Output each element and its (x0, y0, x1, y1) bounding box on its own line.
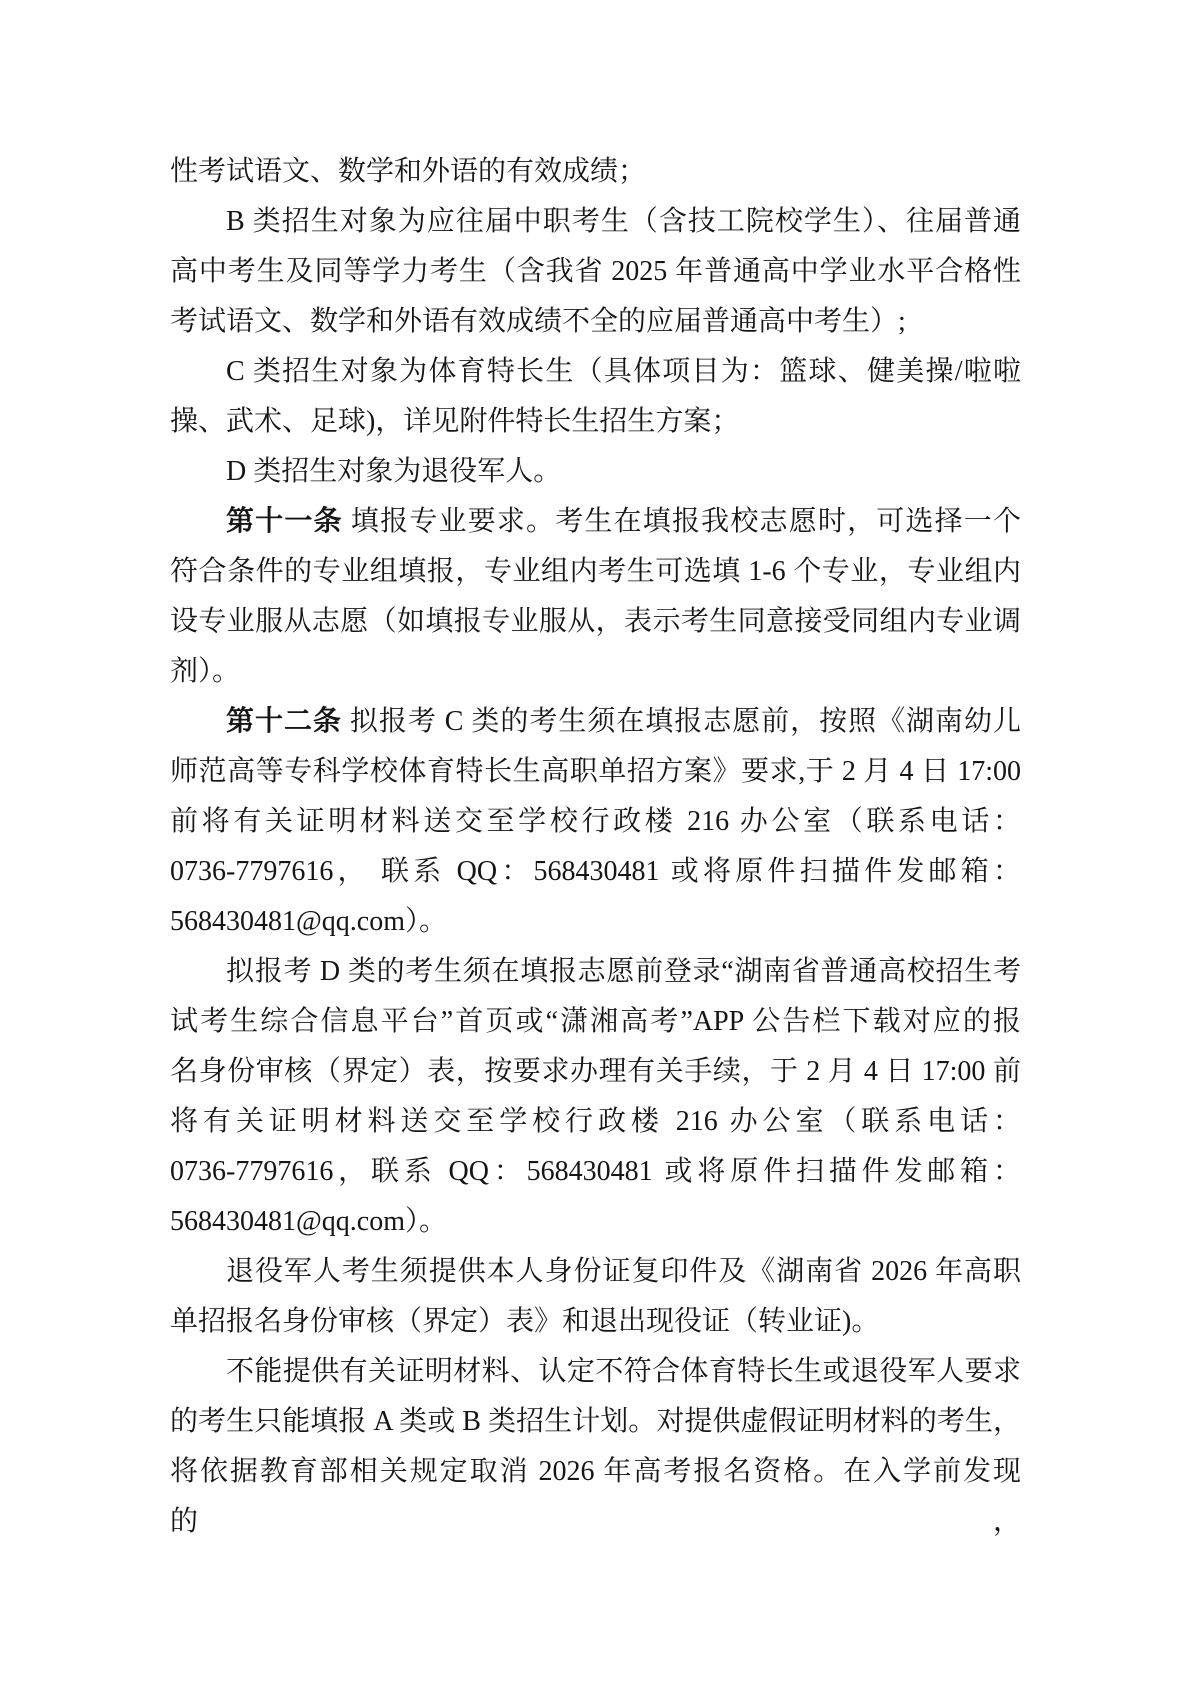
document-line-text: 设专业服从志愿（如填报专业服从，表示考生同意接受同组内专业调 (170, 606, 1021, 637)
document-line-text: B 类招生对象为应往届中职考生（含技工院校学生）、往届普通 (226, 206, 1021, 237)
document-line: 的考生只能填报 A 类或 B 类招生计划。对提供虚假证明材料的考生， (170, 1397, 1021, 1447)
document-line-text: 试考生综合信息平台”首页或“潇湘高考”APP 公告栏下载对应的报 (170, 1006, 1021, 1037)
document-page: 性考试语文、数学和外语的有效成绩；B 类招生对象为应往届中职考生（含技工院校学生… (0, 0, 1191, 1684)
document-line-text: 剂）。 (170, 656, 240, 687)
document-line: 第十二条 拟报考 C 类的考生须在填报志愿前，按照《湖南幼儿 (170, 697, 1021, 747)
document-line-text: 操、武术、足球)，详见附件特长生招生方案； (170, 406, 739, 437)
document-line: 名身份审核（界定）表，按要求办理有关手续，于 2 月 4 日 17:00 前 (170, 1047, 1021, 1097)
document-line: 将有关证明材料送交至学校行政楼 216 办公室（联系电话： (170, 1097, 1021, 1147)
document-line: 师范高等专科学校体育特长生高职单招方案》要求,于 2 月 4 日 17:00 (170, 747, 1021, 797)
document-line: B 类招生对象为应往届中职考生（含技工院校学生）、往届普通 (170, 197, 1021, 247)
document-line: 退役军人考生须提供本人身份证复印件及《湖南省 2026 年高职 (170, 1247, 1021, 1297)
document-line-text: 填报专业要求。考生在填报我校志愿时，可选择一个 (343, 506, 1021, 537)
document-line-text: 不能提供有关证明材料、认定不符合体育特长生或退役军人要求 (226, 1356, 1021, 1387)
document-line: 0736-7797616，联系 QQ：568430481 或将原件扫描件发邮箱： (170, 1147, 1021, 1197)
document-line: 不能提供有关证明材料、认定不符合体育特长生或退役军人要求 (170, 1347, 1021, 1397)
document-line: 第十一条 填报专业要求。考生在填报我校志愿时，可选择一个 (170, 497, 1021, 547)
document-line: 将依据教育部相关规定取消 2026 年高考报名资格。在入学前发现的， (170, 1447, 1021, 1497)
document-line-text: 考试语文、数学和外语有效成绩不全的应届普通高中考生）; (170, 306, 906, 337)
document-line-text: D 类招生对象为退役军人。 (226, 456, 561, 487)
document-line-text: 师范高等专科学校体育特长生高职单招方案》要求,于 2 月 4 日 17:00 (170, 756, 1021, 787)
document-line-text: 568430481@qq.com）。 (170, 906, 447, 937)
document-line: 试考生综合信息平台”首页或“潇湘高考”APP 公告栏下载对应的报 (170, 997, 1021, 1047)
article-number-bold: 第十一条 (226, 506, 343, 537)
document-line: 拟报考 D 类的考生须在填报志愿前登录“湖南省普通高校招生考 (170, 947, 1021, 997)
document-line-text: 拟报考 D 类的考生须在填报志愿前登录“湖南省普通高校招生考 (226, 956, 1021, 987)
document-line-text: 前将有关证明材料送交至学校行政楼 216 办公室（联系电话： (170, 806, 1021, 837)
document-line-text: C 类招生对象为体育特长生（具体项目为：篮球、健美操/啦啦 (226, 356, 1021, 387)
document-line: 性考试语文、数学和外语的有效成绩； (170, 147, 1021, 197)
document-line: 设专业服从志愿（如填报专业服从，表示考生同意接受同组内专业调 (170, 597, 1021, 647)
article-number-bold: 第十二条 (226, 706, 342, 737)
document-line-text: 高中考生及同等学力考生（含我省 2025 年普通高中学业水平合格性 (170, 256, 1021, 287)
document-line-text: 拟报考 C 类的考生须在填报志愿前，按照《湖南幼儿 (342, 706, 1021, 737)
document-line: 568430481@qq.com）。 (170, 1197, 1021, 1247)
document-line: 0736-7797616， 联系 QQ：568430481 或将原件扫描件发邮箱… (170, 847, 1021, 897)
document-line-text: 0736-7797616，联系 QQ：568430481 或将原件扫描件发邮箱： (170, 1156, 1021, 1187)
document-line: 剂）。 (170, 647, 1021, 697)
document-body-text: 性考试语文、数学和外语的有效成绩；B 类招生对象为应往届中职考生（含技工院校学生… (170, 147, 1021, 1497)
document-line: 单招报名身份审核（界定）表》和退出现役证（转业证)。 (170, 1297, 1021, 1347)
document-line: C 类招生对象为体育特长生（具体项目为：篮球、健美操/啦啦 (170, 347, 1021, 397)
document-line: 前将有关证明材料送交至学校行政楼 216 办公室（联系电话： (170, 797, 1021, 847)
document-line-text: 的考生只能填报 A 类或 B 类招生计划。对提供虚假证明材料的考生， (170, 1406, 1021, 1437)
document-line: D 类招生对象为退役军人。 (170, 447, 1021, 497)
document-line: 操、武术、足球)，详见附件特长生招生方案； (170, 397, 1021, 447)
document-line-text: 符合条件的专业组填报，专业组内考生可选填 1-6 个专业，专业组内 (170, 556, 1021, 587)
document-line-text: 性考试语文、数学和外语的有效成绩； (170, 156, 646, 187)
document-line-text: 名身份审核（界定）表，按要求办理有关手续，于 2 月 4 日 17:00 前 (170, 1056, 1021, 1087)
document-line-text: 将依据教育部相关规定取消 2026 年高考报名资格。在入学前发现的， (170, 1456, 1021, 1537)
document-line-text: 0736-7797616， 联系 QQ：568430481 或将原件扫描件发邮箱… (170, 856, 1021, 887)
document-line-text: 将有关证明材料送交至学校行政楼 216 办公室（联系电话： (170, 1106, 1021, 1137)
document-line-text: 退役军人考生须提供本人身份证复印件及《湖南省 2026 年高职 (226, 1256, 1021, 1287)
document-line-text: 单招报名身份审核（界定）表》和退出现役证（转业证)。 (170, 1306, 879, 1337)
document-line: 符合条件的专业组填报，专业组内考生可选填 1-6 个专业，专业组内 (170, 547, 1021, 597)
document-line: 高中考生及同等学力考生（含我省 2025 年普通高中学业水平合格性 (170, 247, 1021, 297)
document-line: 考试语文、数学和外语有效成绩不全的应届普通高中考生）; (170, 297, 1021, 347)
document-line-text: 568430481@qq.com）。 (170, 1206, 447, 1237)
document-line: 568430481@qq.com）。 (170, 897, 1021, 947)
